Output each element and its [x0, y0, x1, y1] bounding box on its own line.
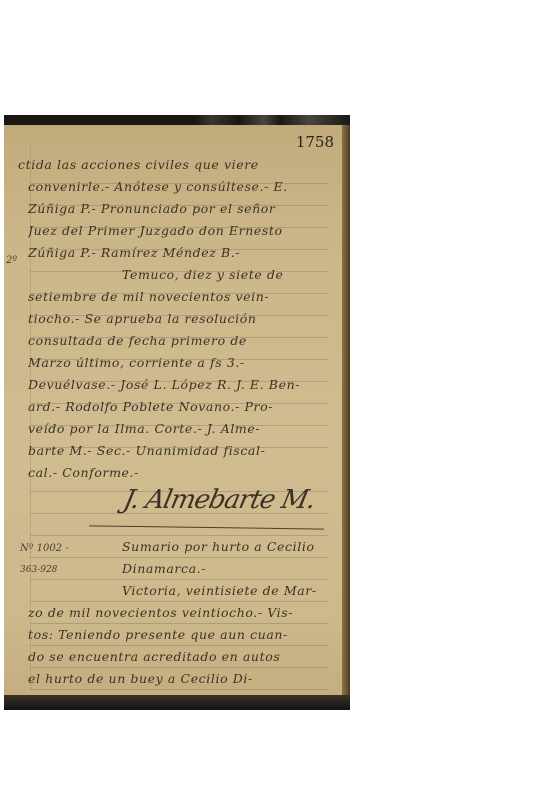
page-number: 1758 [296, 133, 334, 151]
handwritten-line: Zúñiga P.- Ramírez Méndez B.- [28, 245, 344, 261]
signature-text: J. Almebarte M. [121, 485, 318, 515]
handwritten-line: Temuco, diez y siete de [122, 267, 334, 283]
ledger-photo: 1758 ctida las acciones civiles que vier… [4, 115, 350, 710]
handwritten-line: zo de mil novecientos veintiocho.- Vis- [28, 605, 344, 621]
handwritten-line: consultada de fecha primero de [28, 333, 344, 349]
ruled-line [30, 535, 328, 536]
case-reference: 363-928 [20, 565, 57, 575]
ledger-page: 1758 ctida las acciones civiles que vier… [4, 125, 342, 695]
binding-shadow-bottom [4, 695, 350, 710]
handwritten-line: veído por la Ilma. Corte.- J. Alme- [28, 421, 344, 437]
ruled-line [30, 689, 328, 690]
handwritten-line: Marzo último, corriente a fs 3.- [28, 355, 344, 371]
binding-shadow-top [4, 115, 350, 125]
handwritten-line: Juez del Primer Juzgado don Ernesto [28, 223, 344, 239]
ruled-line [30, 667, 328, 668]
entry-margin-number: 2º [6, 255, 17, 266]
case-title-line: Dinamarca.- [122, 561, 334, 577]
handwritten-line: Devuélvase.- José L. López R. J. E. Ben- [28, 377, 344, 393]
handwritten-line: setiembre de mil novecientos vein- [28, 289, 344, 305]
ruled-line [30, 601, 328, 602]
case-title-line: Sumario por hurto a Cecilio [122, 539, 334, 555]
handwritten-line: ctida las acciones civiles que viere [18, 157, 334, 173]
handwritten-line: tiocho.- Se aprueba la resolución [28, 311, 344, 327]
ruled-line [30, 645, 328, 646]
handwritten-line: el hurto de un buey a Cecilio Di- [28, 671, 344, 687]
handwritten-line: do se encuentra acreditado en autos [28, 649, 344, 665]
handwritten-line: ard.- Rodolfo Poblete Novano.- Pro- [28, 399, 344, 415]
handwritten-line: Victoria, veintisiete de Mar- [122, 583, 334, 599]
handwritten-line: convenirle.- Anótese y consúltese.- E. [28, 179, 344, 195]
page-edge [342, 125, 350, 700]
signature: J. Almebarte M. [114, 477, 324, 527]
ruled-line [30, 557, 328, 558]
handwritten-line: tos: Teniendo presente que aun cuan- [28, 627, 344, 643]
handwritten-line: Zúñiga P.- Pronunciado por el señor [28, 201, 344, 217]
case-number: Nº 1002 - [20, 543, 69, 554]
handwritten-line: barte M.- Sec.- Unanimidad fiscal- [28, 443, 344, 459]
ruled-line [30, 623, 328, 624]
ruled-line [30, 579, 328, 580]
